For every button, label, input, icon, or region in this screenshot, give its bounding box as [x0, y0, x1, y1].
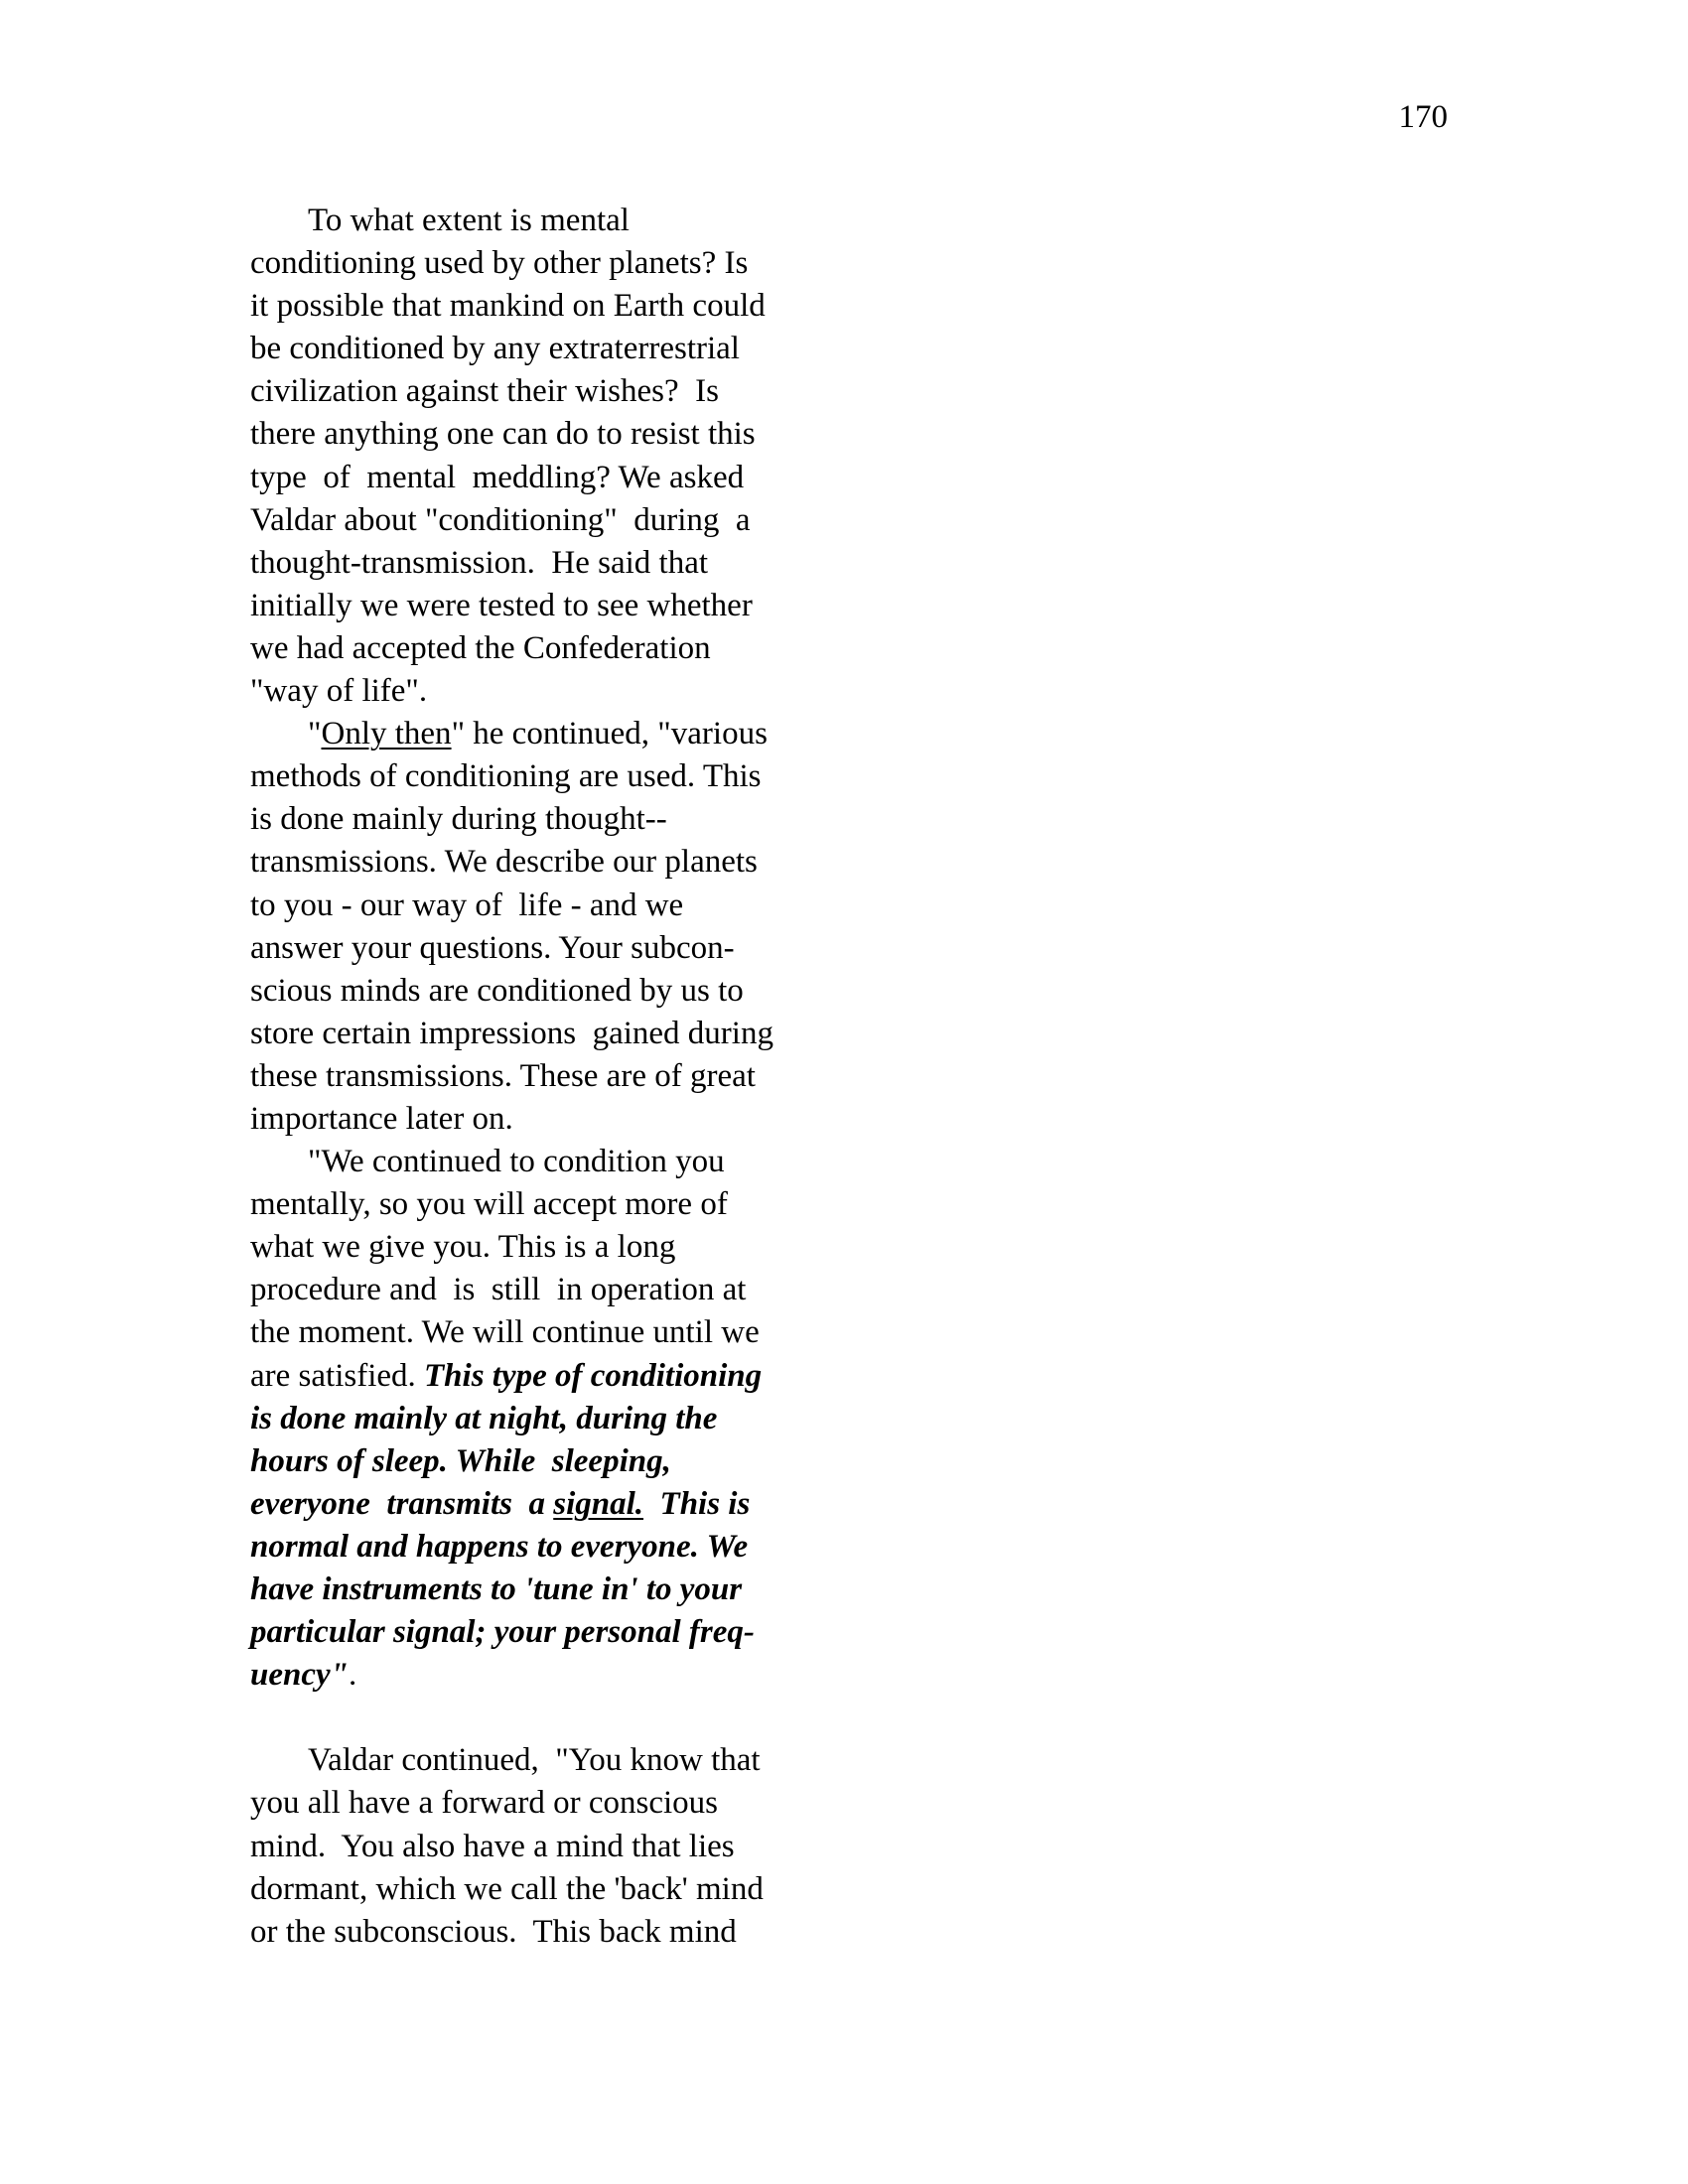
text-line: To what extent is mental — [250, 200, 886, 242]
text-line: these transmissions. These are of great — [250, 1055, 886, 1098]
text-line: there anything one can do to resist this — [250, 413, 886, 456]
text-segment: are satisfied. — [250, 1358, 424, 1394]
emphasized-text: have instruments to 'tune in' to your — [250, 1571, 742, 1607]
text-line: it possible that mankind on Earth could — [250, 285, 886, 328]
text-line: answer your questions. Your subcon- — [250, 927, 886, 970]
text-line: everyone transmits a signal. This is — [250, 1483, 886, 1526]
text-line: you all have a forward or conscious — [250, 1782, 886, 1825]
text-segment: store certain impressions gained during — [250, 1016, 774, 1051]
emphasized-text: everyone transmits a — [250, 1486, 553, 1522]
text-line: or the subconscious. This back mind — [250, 1911, 886, 1954]
text-segment: mentally, so you will accept more of — [250, 1186, 728, 1222]
text-segment — [250, 1700, 258, 1735]
emphasized-text: normal and happens to everyone. We — [250, 1529, 748, 1565]
text-segment: mind. You also have a mind that lies — [250, 1829, 735, 1864]
text-segment: conditioning used by other planets? Is — [250, 245, 748, 281]
emphasized-text: uency" — [250, 1657, 349, 1693]
text-line: hours of sleep. While sleeping, — [250, 1440, 886, 1483]
text-segment: "We continued to condition you — [308, 1144, 725, 1179]
text-segment: " he continued, "various — [452, 716, 768, 751]
underlined-text: Only then — [321, 716, 451, 751]
text-segment: be conditioned by any extraterrestrial — [250, 331, 740, 366]
text-line: type of mental meddling? We asked — [250, 457, 886, 499]
text-line: is done mainly at night, during the — [250, 1398, 886, 1440]
text-line: are satisfied. This type of conditioning — [250, 1355, 886, 1398]
text-line: procedure and is still in operation at — [250, 1269, 886, 1311]
text-segment: these transmissions. These are of great — [250, 1058, 756, 1094]
emphasized-text: This is — [643, 1486, 750, 1522]
text-segment: Valdar about "conditioning" during a — [250, 502, 751, 538]
text-line: importance later on. — [250, 1098, 886, 1141]
text-segment: . — [349, 1657, 356, 1693]
text-line: uency". — [250, 1654, 886, 1697]
text-segment: is done mainly during thought-- — [250, 801, 667, 837]
text-line: "We continued to condition you — [250, 1141, 886, 1183]
text-line: particular signal; your personal freq- — [250, 1611, 886, 1654]
text-line: methods of conditioning are used. This — [250, 755, 886, 798]
text-line: is done mainly during thought-- — [250, 798, 886, 841]
text-segment: civilization against their wishes? Is — [250, 373, 719, 409]
text-segment: methods of conditioning are used. This — [250, 758, 761, 794]
underlined-text: signal. — [553, 1486, 643, 1522]
text-segment: or the subconscious. This back mind — [250, 1914, 737, 1950]
text-line — [250, 1697, 886, 1739]
text-segment: "way of life". — [250, 673, 427, 709]
text-segment: you all have a forward or conscious — [250, 1785, 718, 1821]
text-segment: answer your questions. Your subcon- — [250, 930, 735, 966]
text-line: have instruments to 'tune in' to your — [250, 1569, 886, 1611]
emphasized-text: This type of conditioning — [424, 1358, 762, 1394]
text-line: dormant, which we call the 'back' mind — [250, 1868, 886, 1911]
text-line: initially we were tested to see whether — [250, 585, 886, 627]
text-line: mind. You also have a mind that lies — [250, 1826, 886, 1868]
text-line: mentally, so you will accept more of — [250, 1183, 886, 1226]
text-line: be conditioned by any extraterrestrial — [250, 328, 886, 370]
text-segment: " — [308, 716, 321, 751]
text-line: store certain impressions gained during — [250, 1013, 886, 1055]
text-line: to you - our way of life - and we — [250, 885, 886, 927]
text-line: scious minds are conditioned by us to — [250, 970, 886, 1013]
text-segment: initially we were tested to see whether — [250, 588, 753, 623]
text-segment: transmissions. We describe our planets — [250, 844, 758, 880]
text-segment: to you - our way of life - and we — [250, 887, 683, 923]
text-segment: type of mental meddling? We asked — [250, 460, 744, 495]
text-segment: there anything one can do to resist this — [250, 416, 756, 452]
text-segment: scious minds are conditioned by us to — [250, 973, 744, 1009]
text-line: we had accepted the Confederation — [250, 627, 886, 670]
text-line: the moment. We will continue until we — [250, 1311, 886, 1354]
text-line: "way of life". — [250, 670, 886, 713]
text-segment: thought-transmission. He said that — [250, 545, 708, 581]
text-segment: procedure and is still in operation at — [250, 1272, 746, 1307]
text-segment: importance later on. — [250, 1101, 513, 1137]
text-line: transmissions. We describe our planets — [250, 841, 886, 884]
page-number: 170 — [1399, 96, 1449, 139]
text-line: Valdar continued, "You know that — [250, 1739, 886, 1782]
text-segment: it possible that mankind on Earth could — [250, 288, 766, 324]
emphasized-text: particular signal; your personal freq- — [250, 1614, 755, 1650]
text-line: Valdar about "conditioning" during a — [250, 499, 886, 542]
text-line: thought-transmission. He said that — [250, 542, 886, 585]
text-line: what we give you. This is a long — [250, 1226, 886, 1269]
emphasized-text: hours of sleep. While sleeping, — [250, 1443, 671, 1479]
text-line: civilization against their wishes? Is — [250, 370, 886, 413]
emphasized-text: is done mainly at night, during the — [250, 1401, 717, 1436]
text-line: normal and happens to everyone. We — [250, 1526, 886, 1569]
body-text: To what extent is mentalconditioning use… — [250, 200, 886, 1954]
text-segment: dormant, which we call the 'back' mind — [250, 1871, 764, 1907]
text-segment: Valdar continued, "You know that — [308, 1742, 761, 1778]
text-segment: To what extent is mental — [308, 203, 630, 238]
text-segment: what we give you. This is a long — [250, 1229, 675, 1265]
text-line: conditioning used by other planets? Is — [250, 242, 886, 285]
text-line: "Only then" he continued, "various — [250, 713, 886, 755]
text-segment: we had accepted the Confederation — [250, 630, 711, 666]
text-segment: the moment. We will continue until we — [250, 1314, 760, 1350]
